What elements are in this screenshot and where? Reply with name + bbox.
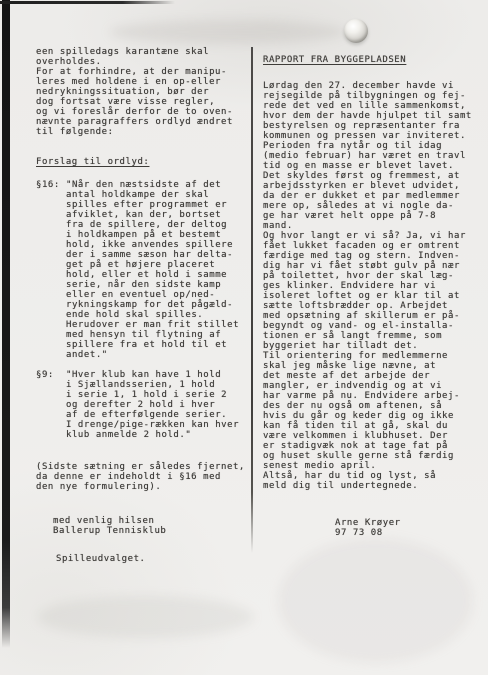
hole-punch-ball xyxy=(344,19,368,43)
report-body: Lørdag den 27. december havde vi rejsegi… xyxy=(263,81,481,491)
ink-bleed-smudge xyxy=(278,538,473,663)
paragraph-16-text: "Når den næstsidste af det antal holdkam… xyxy=(66,180,251,360)
paragraph-9-text: "Hver klub kan have 1 hold i Sjællandsse… xyxy=(66,370,251,440)
paragraph-16-label: §16: xyxy=(36,180,66,360)
paragraph-9-label: §9: xyxy=(36,370,66,440)
report-heading: RAPPORT FRA BYGGEPLADSEN xyxy=(263,55,406,65)
column-divider-line xyxy=(251,47,253,553)
right-column: RAPPORT FRA BYGGEPLADSEN Lørdag den 27. … xyxy=(263,47,481,538)
scan-edge-left xyxy=(2,0,10,675)
committee-signature: Spilleudvalget. xyxy=(56,554,251,564)
ink-bleed-smudge xyxy=(38,596,253,638)
left-intro-paragraph: een spilledags karantæne skal overholdes… xyxy=(36,47,251,137)
paragraph-9-block: §9: "Hver klub kan have 1 hold i Sjællan… xyxy=(36,370,251,440)
proposal-heading: Forslag til ordlyd: xyxy=(36,157,149,167)
signature-phone: 97 73 08 xyxy=(335,528,481,538)
signature-name: Arne Krøyer xyxy=(335,518,481,528)
closing-salutation: med venlig hilsen Ballerup Tennisklub xyxy=(53,516,251,536)
removal-note: (Sidste sætning er således fjernet, da d… xyxy=(36,462,251,492)
ink-bleed-smudge xyxy=(110,20,345,44)
paragraph-16-block: §16: "Når den næstsidste af det antal ho… xyxy=(36,180,251,360)
left-column: een spilledags karantæne skal overholdes… xyxy=(36,47,251,564)
scan-edge-top xyxy=(0,1,175,4)
signature-block: Arne Krøyer 97 73 08 xyxy=(335,518,481,538)
